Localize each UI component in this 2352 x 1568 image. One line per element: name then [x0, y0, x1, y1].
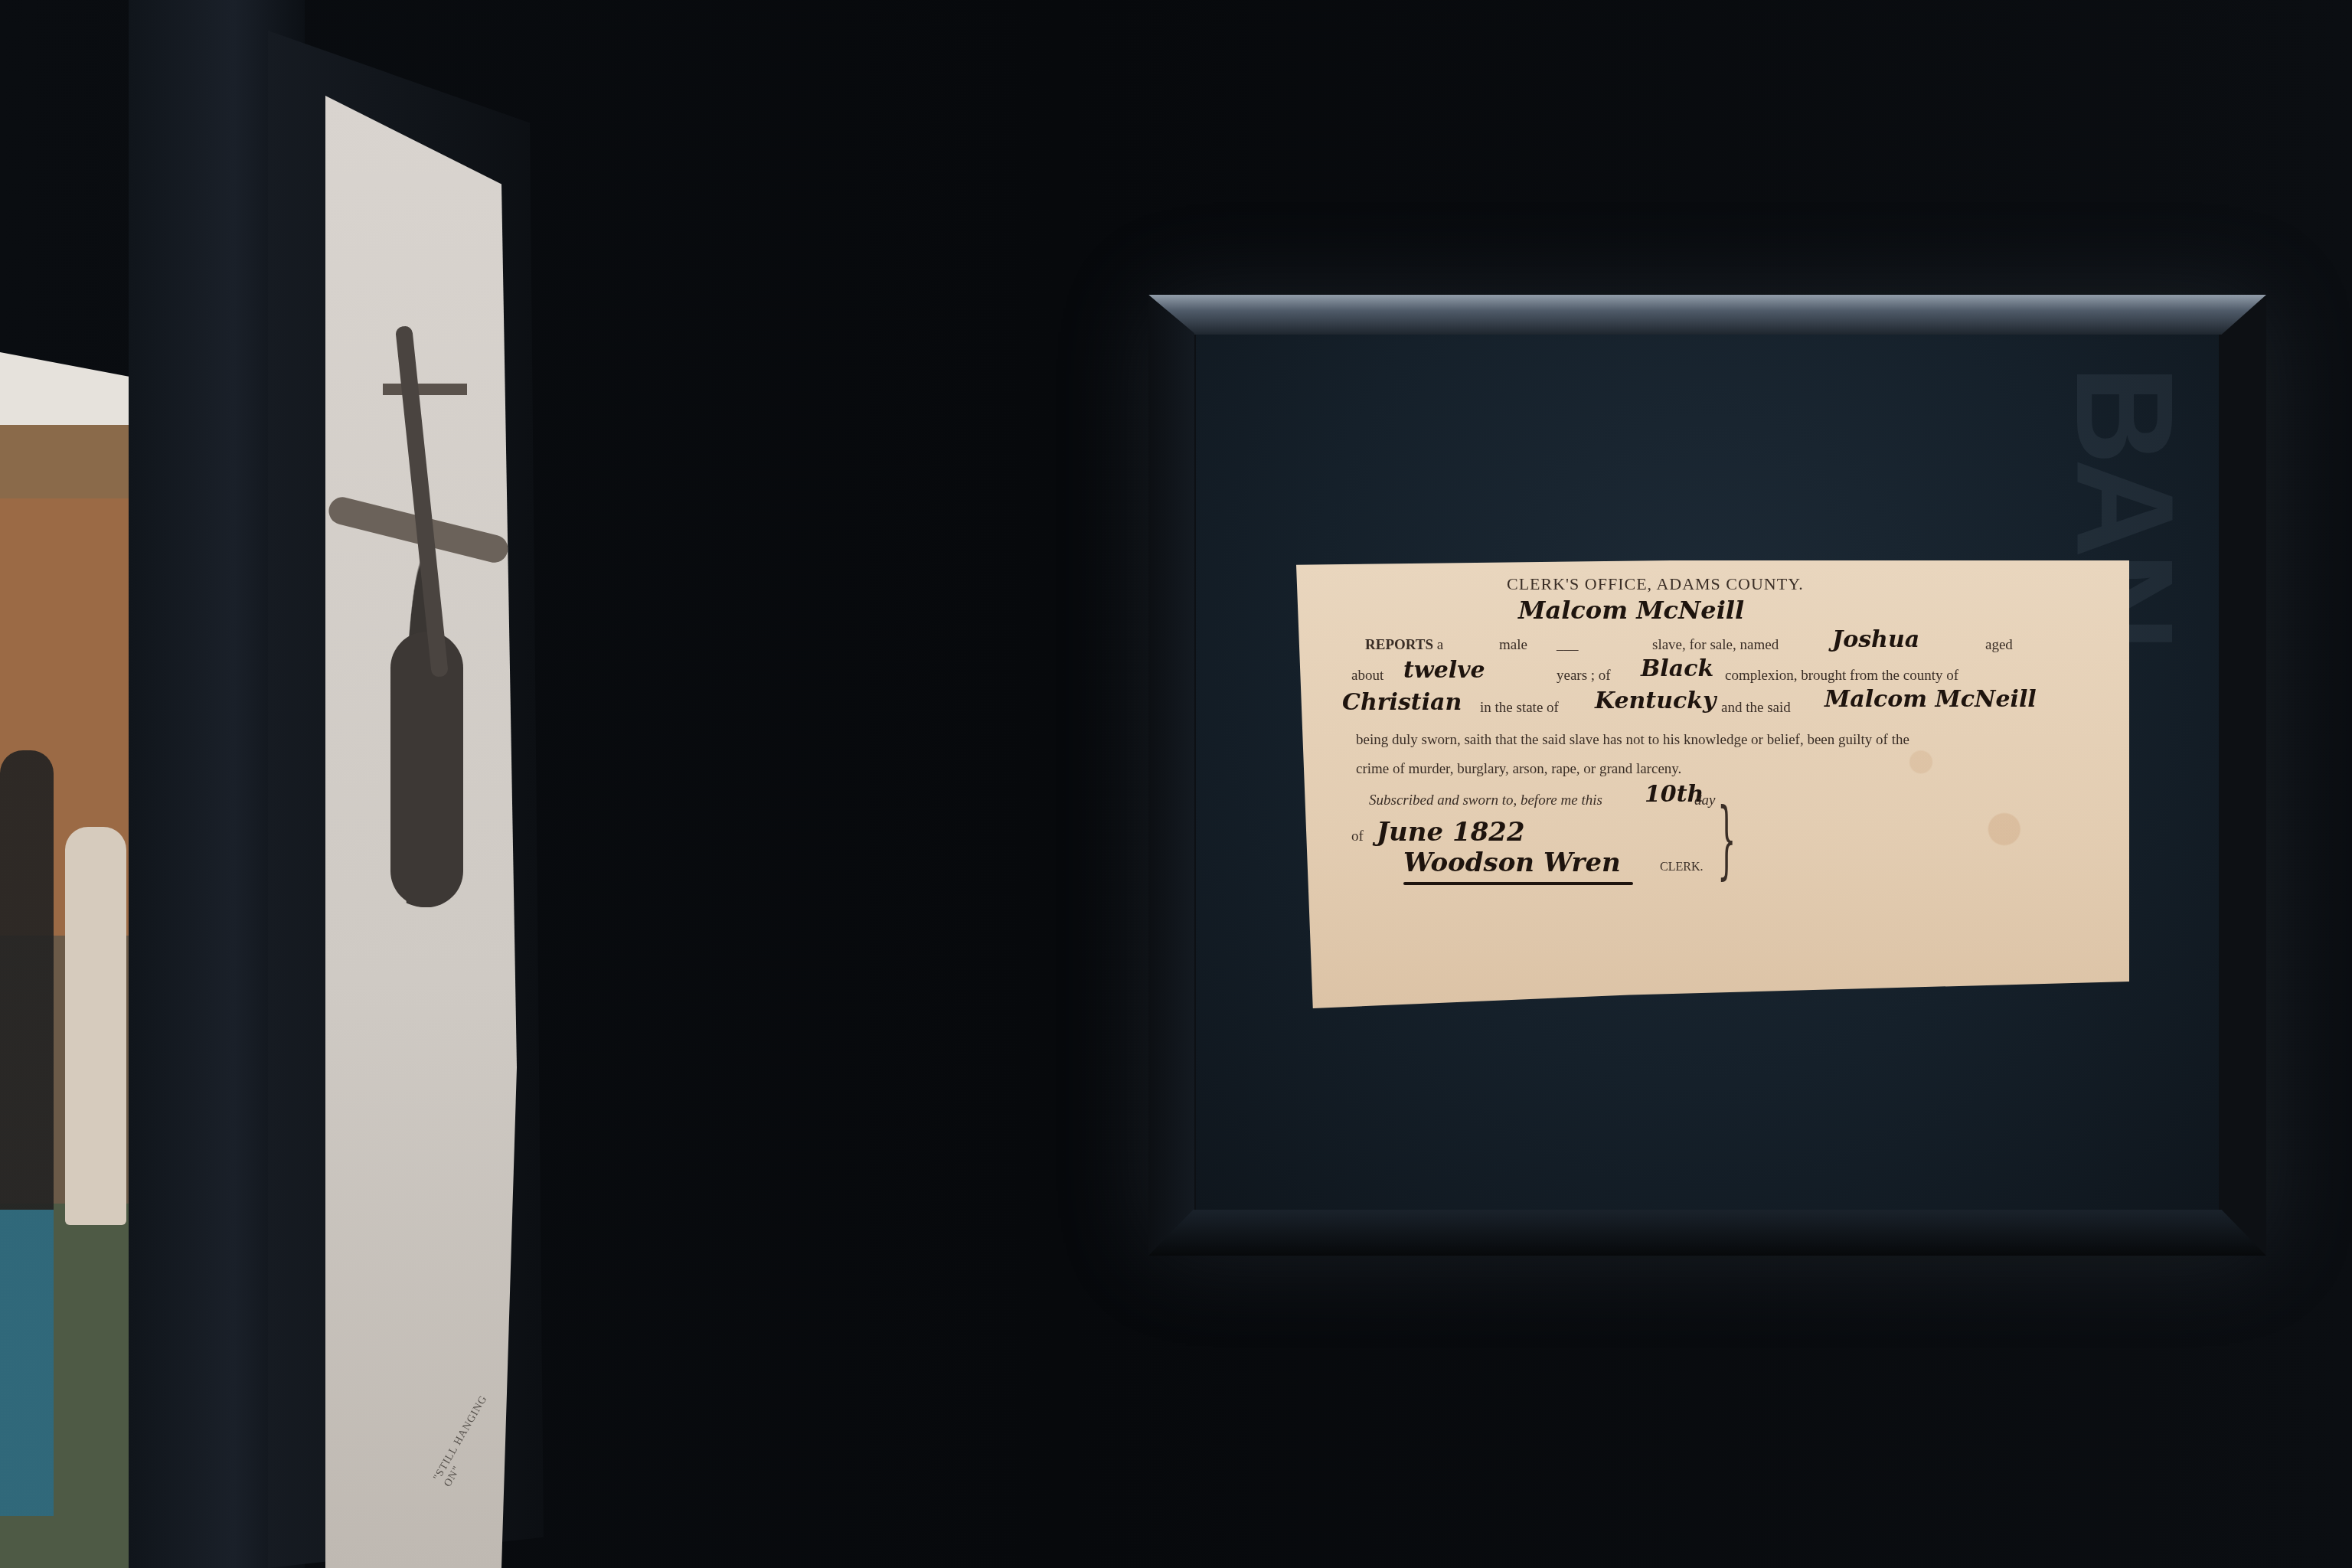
reports-label: REPORTS a — [1365, 637, 1443, 654]
sex-label: male — [1499, 637, 1527, 654]
aged-label: aged — [1985, 637, 2013, 654]
reports-word: REPORTS — [1365, 637, 1433, 653]
signature-underline — [1403, 882, 1633, 885]
county-value: Christian — [1342, 689, 1462, 716]
reporter-name: Malcom McNeill — [1518, 596, 1744, 625]
bracket: } — [1717, 790, 1736, 888]
and-the-said-label: and the said — [1721, 700, 1791, 717]
engraving-print: "STILL HANGING ON" — [325, 96, 517, 1568]
photo-figure-light — [65, 827, 126, 1225]
document-heading: CLERK'S OFFICE, ADAMS COUNTY. — [1507, 574, 1804, 594]
month-year-value: June 1822 — [1377, 817, 1525, 848]
frame-bottom-bevel — [1148, 1210, 2266, 1256]
frame-top-bevel — [1148, 295, 2266, 335]
left-color-photograph — [0, 352, 129, 1568]
oath-text-line: being duly sworn, saith that the said sl… — [1356, 732, 1909, 749]
reporter-name-repeat: Malcom McNeill — [1824, 686, 2037, 713]
years-of-label: years ; of — [1557, 668, 1611, 684]
complexion-value: Black — [1641, 655, 1713, 682]
state-label: in the state of — [1480, 700, 1559, 717]
of-label: of — [1351, 828, 1364, 845]
age-value: twelve — [1403, 657, 1485, 684]
clerk-label: CLERK. — [1660, 861, 1703, 874]
subscribed-label: Subscribed and sworn to, before me this — [1369, 792, 1602, 809]
clerk-signature: Woodson Wren — [1403, 848, 1621, 878]
day-label: day — [1694, 792, 1715, 809]
article-a: a — [1437, 637, 1443, 653]
slave-sale-report-document: CLERK'S OFFICE, ADAMS COUNTY. Malcom McN… — [1296, 560, 2129, 1008]
crimes-text-line: crime of murder, burglary, arson, rape, … — [1356, 761, 1681, 778]
engraving-figure — [383, 325, 467, 907]
frame-left-bevel — [1148, 295, 1194, 1256]
complexion-label: complexion, brought from the county of — [1725, 668, 1958, 684]
state-value: Kentucky — [1595, 688, 1716, 714]
slave-name: Joshua — [1832, 626, 1919, 653]
blank-field: ___ — [1557, 637, 1579, 654]
about-label: about — [1351, 668, 1383, 684]
slave-for-sale-label: slave, for sale, named — [1652, 637, 1779, 654]
engraving-caption: "STILL HANGING ON" — [432, 1391, 503, 1490]
photo-figure-dark — [0, 750, 54, 1516]
